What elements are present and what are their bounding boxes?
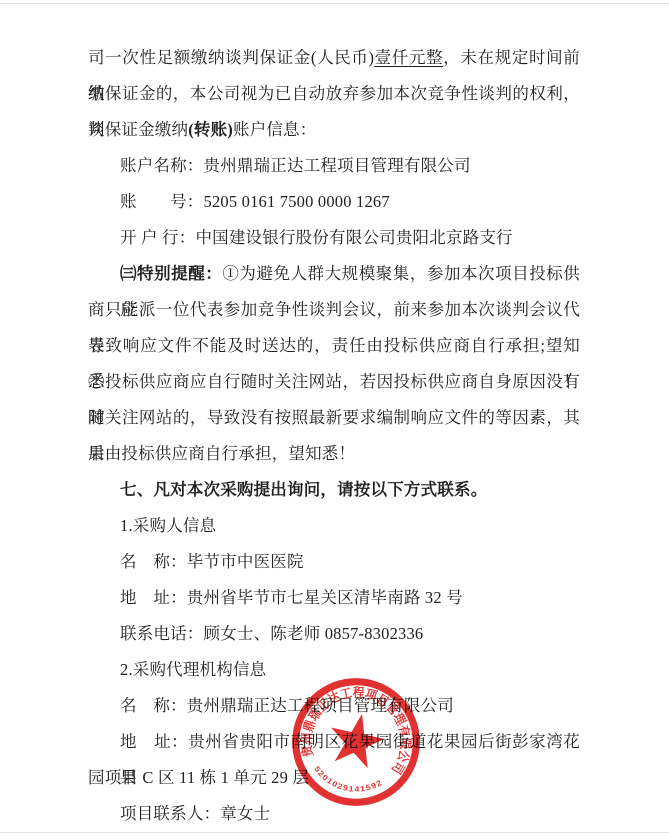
doc-line: 导致响应文件不能及时送达的，责任由投标供应商自行承担;望知悉！ [88,328,580,364]
doc-line: 名 称：毕节市中医医院 [88,544,580,580]
doc-line: 2.采购代理机构信息 [88,652,580,688]
doc-text-segment: 名 称：贵州鼎瑞正达工程项目管理有限公司 [120,696,454,715]
document-body: 司一次性足额缴纳谈判保证金(人民币)壹仟元整，未在规定时间前缴纳保证金的，本公司… [88,40,580,832]
doc-text-segment: 判保证金缴纳 [88,120,188,139]
page-top-edge [0,3,669,4]
doc-line: 联系电话：顾女士、陈老师 0857-8302336 [88,616,580,652]
doc-line: 项目联系人：章女士 [88,796,580,832]
doc-line: ㈢特别提醒：①为避免人群大规模聚集，参加本次项目投标供应 [88,256,580,292]
doc-line: 时关注网站的，导致没有按照最新要求编制响应文件的等因素，其后 [88,400,580,436]
doc-line: 纳保证金的，本公司视为已自动放弃参加本次竞争性谈判的权利，谈 [88,76,580,112]
doc-line: 果由投标供应商自行承担，望知悉！ [88,436,580,472]
doc-line: 司一次性足额缴纳谈判保证金(人民币)壹仟元整，未在规定时间前缴 [88,40,580,76]
doc-text-segment: 1.采购人信息 [120,516,216,535]
doc-line: 账户名称：贵州鼎瑞正达工程项目管理有限公司 [88,148,580,184]
doc-line: 判保证金缴纳(转账)账户信息： [88,112,580,148]
page-bottom-edge [0,832,669,833]
doc-text-segment: 果由投标供应商自行承担，望知悉！ [88,444,355,463]
doc-text-segment: 项目联系人：章女士 [120,804,270,823]
doc-text-segment: 开 户 行：中国建设银行股份有限公司贵阳北京路支行 [120,228,513,247]
doc-text-segment: (转账) [188,120,233,139]
doc-line: 商只能派一位代表参加竞争性谈判会议，前来参加本次谈判会议代表 [88,292,580,328]
doc-text-segment: 名 称：毕节市中医医院 [120,552,304,571]
document-lines: 司一次性足额缴纳谈判保证金(人民币)壹仟元整，未在规定时间前缴纳保证金的，本公司… [88,40,580,832]
doc-line: 园项目 C 区 11 栋 1 单元 29 层 [88,760,580,796]
doc-text-segment: 账户信息： [233,120,317,139]
doc-text-segment: 2.采购代理机构信息 [120,660,266,679]
doc-text-segment: 地 址：贵州省毕节市七星关区清毕南路 32 号 [120,588,463,607]
doc-line: 地 址：贵州省贵阳市南明区花果园街道花果园后街彭家湾花果 [88,724,580,760]
doc-text-segment: 联系电话：顾女士、陈老师 0857-8302336 [120,624,423,643]
doc-line: 七、凡对本次采购提出询问，请按以下方式联系。 [88,472,580,508]
doc-text-segment: ㈢特别提醒： [120,264,222,283]
doc-line: 1.采购人信息 [88,508,580,544]
doc-text-segment: 园项目 C 区 11 栋 1 单元 29 层 [88,768,309,787]
doc-line: 地 址：贵州省毕节市七星关区清毕南路 32 号 [88,580,580,616]
doc-line: 账 号：5205 0161 7500 0000 1267 [88,184,580,220]
doc-text-segment: 账 号：5205 0161 7500 0000 1267 [120,192,390,211]
doc-line: 名 称：贵州鼎瑞正达工程项目管理有限公司 [88,688,580,724]
doc-line: 开 户 行：中国建设银行股份有限公司贵阳北京路支行 [88,220,580,256]
doc-text-segment: 账户名称：贵州鼎瑞正达工程项目管理有限公司 [120,156,471,175]
doc-text-segment: 七、凡对本次采购提出询问，请按以下方式联系。 [120,480,487,499]
doc-text-segment: 壹仟元整 [374,48,443,67]
doc-line: ②投标供应商应自行随时关注网站，若因投标供应商自身原因没有随 [88,364,580,400]
doc-text-segment: 司一次性足额缴纳谈判保证金(人民币) [88,48,374,67]
